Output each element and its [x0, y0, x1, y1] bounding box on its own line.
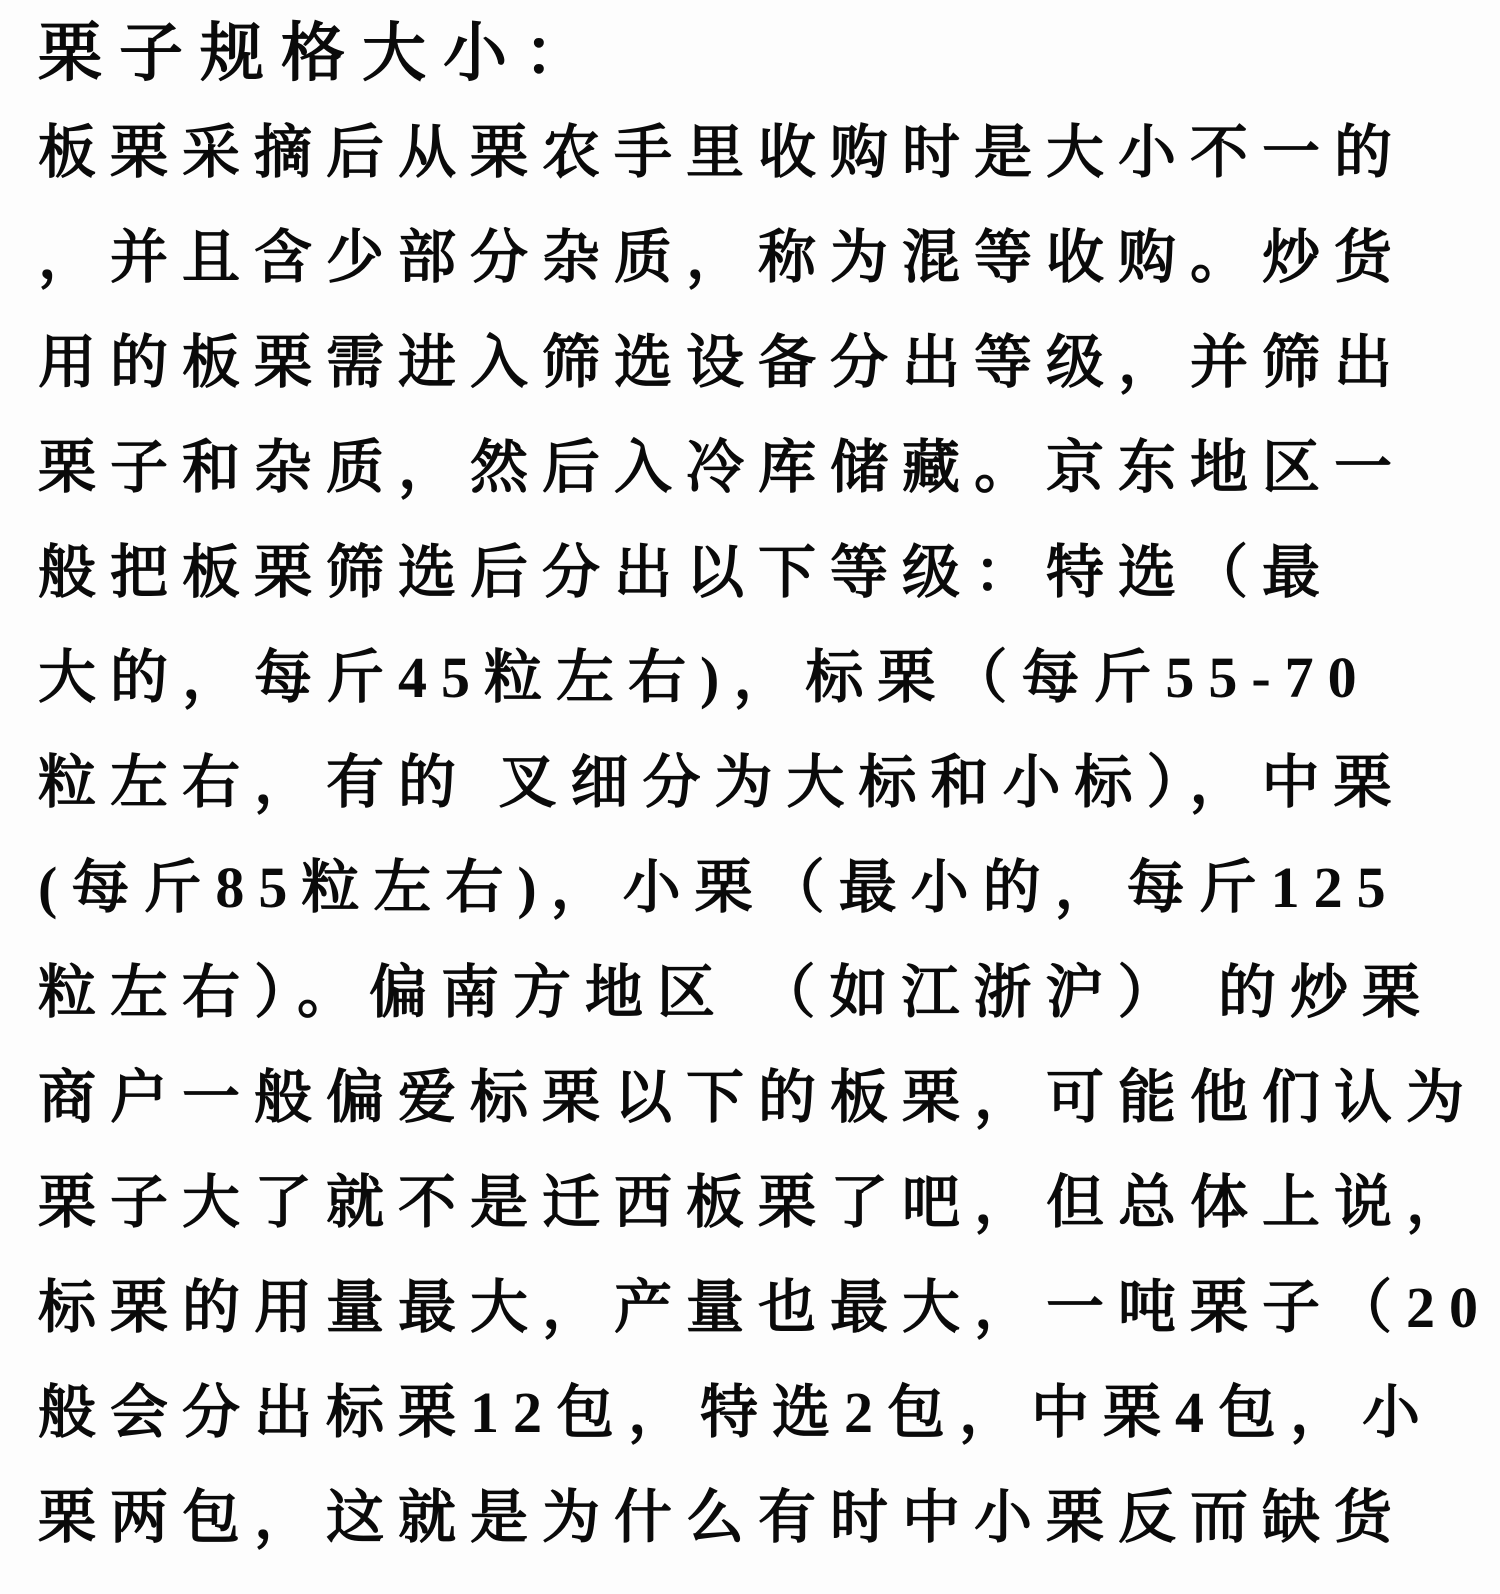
text-line: 般把板栗筛选后分出以下等级：特选（最	[38, 520, 1500, 625]
text-line: 商户一般偏爱标栗以下的板栗，可能他们认为	[38, 1045, 1500, 1150]
document-page: 栗子规格大小： 板栗采摘后从栗农手里收购时是大小不一的 ，并且含少部分杂质，称为…	[0, 0, 1500, 1594]
text-line: 栗子大了就不是迁西板栗了吧，但总体上说，	[38, 1150, 1500, 1255]
text-line: 般会分出标栗12包，特选2包，中栗4包，小	[38, 1360, 1500, 1465]
text-line: 粒左右，有的 叉细分为大标和小标），中栗	[38, 730, 1500, 835]
text-line: 大的，每斤45粒左右)，标栗（每斤55-70	[38, 625, 1500, 730]
text-line: (每斤85粒左右)，小栗（最小的，每斤125	[38, 835, 1500, 940]
text-line: 栗子和杂质，然后入冷库储藏。京东地区一	[38, 415, 1500, 520]
text-line: 标栗的用量最大，产量也最大，一吨栗子（20	[38, 1255, 1500, 1360]
text-line: 粒左右）。偏南方地区 （如江浙沪） 的炒栗	[38, 940, 1500, 1045]
text-line: 栗两包，这就是为什么有时中小栗反而缺货	[38, 1465, 1500, 1570]
text-line: 板栗采摘后从栗农手里收购时是大小不一的	[38, 100, 1500, 205]
text-line: ，并且含少部分杂质，称为混等收购。炒货	[38, 205, 1500, 310]
page-title: 栗子规格大小：	[38, 8, 1500, 100]
text-line: 用的板栗需进入筛选设备分出等级，并筛出	[38, 310, 1500, 415]
